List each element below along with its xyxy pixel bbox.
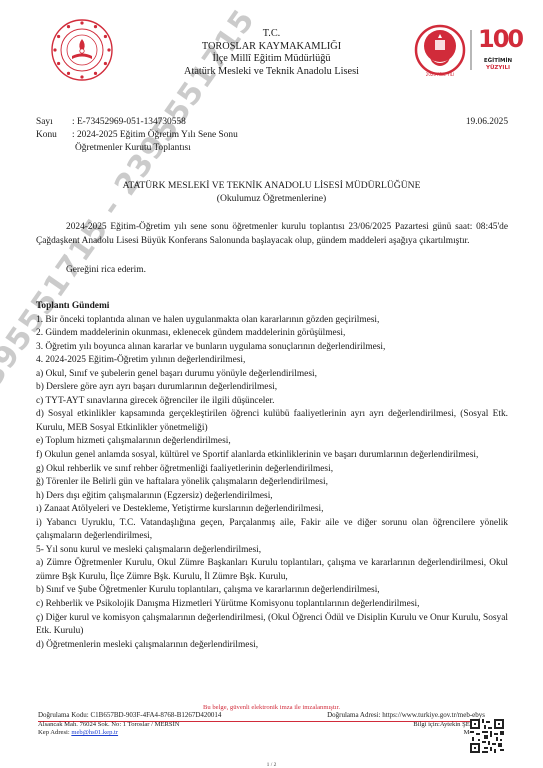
konu-row: Konu: 2024-2025 Eğitim Öğretim Yılı Sene… <box>36 129 238 141</box>
agenda-item: d) Öğretmenlerin mesleki çalışmalarının … <box>36 639 508 653</box>
konu-label: Konu <box>36 129 72 141</box>
agenda-item: i) Yabancı Uyruklu, T.C. Vatandaşlığına … <box>36 517 508 544</box>
verification-address: Doğrulama Adresi: https://www.turkiye.go… <box>327 711 485 720</box>
agenda-item: b) Derslere göre ayrı ayrı başarı duruml… <box>36 381 508 395</box>
agenda-item: e) Toplum hizmeti çalışmalarının değerle… <box>36 435 508 449</box>
agenda-item: 1. Bir önceki toplantıda alınan ve halen… <box>36 314 508 328</box>
agenda-item: a) Okul, Sınıf ve şubelerin genel başarı… <box>36 368 508 382</box>
agenda-item: b) Sınıf ve Şube Öğretmenler Kurulu topl… <box>36 584 508 598</box>
sayi-value: : E-73452969-051-134730558 <box>72 117 186 127</box>
addressee-title: ATATÜRK MESLEKİ VE TEKNİK ANADOLU LİSESİ… <box>0 179 543 192</box>
konu-value: : 2024-2025 Eğitim Öğretim Yılı Sene Son… <box>72 130 238 140</box>
header-mudurluk: İlçe Millî Eğitim Müdürlüğü <box>0 53 543 66</box>
agenda-item: f) Okulun genel anlamda sosyal, kültürel… <box>36 449 508 463</box>
postal-address: Alsancak Mah. 76024 Sok. No: 1 Toroslar … <box>38 721 180 729</box>
sayi-row: Sayı: E-73452969-051-134730558 <box>36 116 186 128</box>
kep-label: Kep Adresi: <box>38 729 71 736</box>
agenda-item: 5- Yıl sonu kurul ve mesleki çalışmaları… <box>36 544 508 558</box>
regards: Gereğini rica ederim. <box>66 264 146 276</box>
footer-address: Alsancak Mah. 76024 Sok. No: 1 Toroslar … <box>38 721 180 738</box>
qr-code-icon <box>470 719 504 753</box>
agenda-title: Toplantı Gündemi <box>36 300 508 314</box>
letterhead: T.C. TOROSLAR KAYMAKAMLIĞI İlçe Millî Eğ… <box>0 28 543 78</box>
agenda-item: ğ) Törenler ile Belirli gün ve haftalara… <box>36 476 508 490</box>
addressee-subtitle: (Okulumuz Öğretmenlerine) <box>0 192 543 205</box>
kep-email-link[interactable]: meb@hs01.kep.tr <box>71 729 118 736</box>
document-date: 19.06.2025 <box>466 116 508 128</box>
agenda-item: ç) Diğer kurul ve komisyon çalışmalarını… <box>36 612 508 639</box>
body-paragraph: 2024-2025 Eğitim-Öğretim yılı sene sonu … <box>36 220 508 248</box>
header-kaymakamlik: TOROSLAR KAYMAKAMLIĞI <box>0 41 543 54</box>
addressee: ATATÜRK MESLEKİ VE TEKNİK ANADOLU LİSESİ… <box>0 179 543 205</box>
agenda-list: 1. Bir önceki toplantıda alınan ve halen… <box>36 314 508 653</box>
agenda: Toplantı Gündemi 1. Bir önceki toplantıd… <box>36 300 508 652</box>
agenda-item: 3. Öğretim yılı boyunca alınan kararlar … <box>36 341 508 355</box>
agenda-item: 2. Gündem maddelerinin okunması, eklenec… <box>36 327 508 341</box>
agenda-item: c) TYT-AYT sınavlarına girecek öğrencile… <box>36 395 508 409</box>
konu-line2: Öğretmenler Kurutu Toplantısı <box>75 142 191 154</box>
agenda-item: ı) Zanaat Atölyeleri ve Destekleme, Yeti… <box>36 503 508 517</box>
header-tc: T.C. <box>0 28 543 41</box>
sayi-label: Sayı <box>36 116 72 128</box>
kep-row: Kep Adresi: meb@hs01.kep.tr <box>38 729 180 737</box>
agenda-item: 4. 2024-2025 Eğitim-Öğretim yılının değe… <box>36 354 508 368</box>
agenda-item: g) Okul rehberlik ve sınıf rehber öğretm… <box>36 463 508 477</box>
page-number: 1 / 2 <box>0 762 543 768</box>
verification-code: Doğrulama Kodu: C1B657BD-903F-4FA4-8768-… <box>38 711 221 720</box>
agenda-item: c) Rehberlik ve Psikolojik Danışma Hizme… <box>36 598 508 612</box>
agenda-item: d) Sosyal etkinlikler kapsamında gerçekl… <box>36 408 508 435</box>
header-school: Atatürk Mesleki ve Teknik Anadolu Lisesi <box>0 66 543 79</box>
agenda-item: a) Zümre Öğretmenler Kurulu, Okul Zümre … <box>36 557 508 584</box>
agenda-item: h) Ders dışı eğitim çalışmalarının (Egze… <box>36 490 508 504</box>
